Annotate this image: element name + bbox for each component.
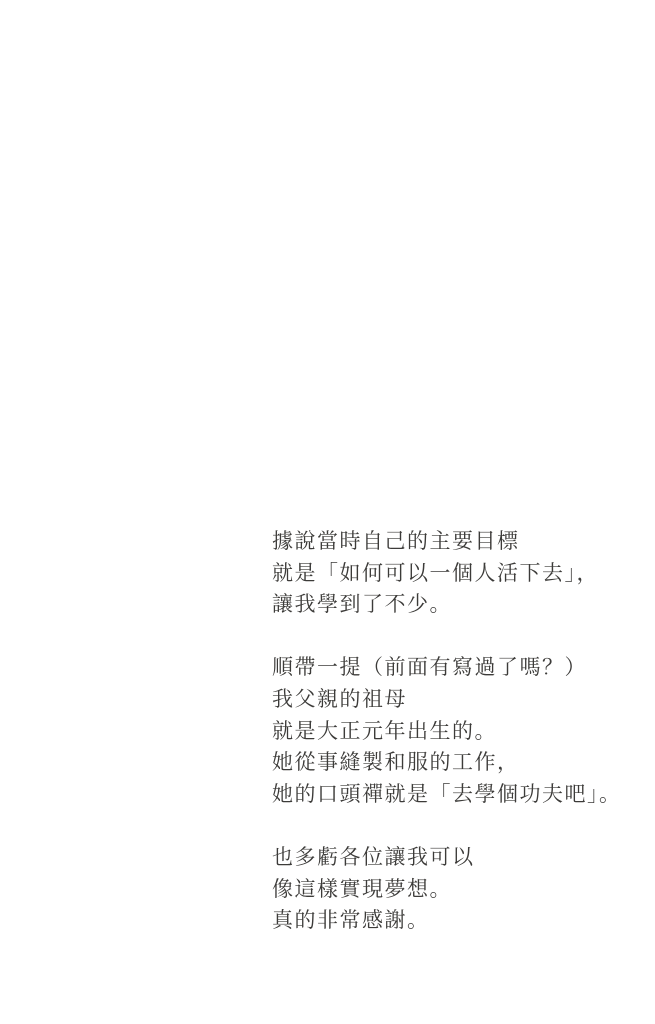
text-line: 順帶一提（前面有寫過了嗎？） (272, 652, 642, 684)
text-line: 我父親的祖母 (272, 684, 642, 716)
body-text: 據說當時自己的主要目標就是「如何可以一個人活下去」，讓我學到了不少。順帶一提（前… (272, 526, 642, 937)
text-line: 就是大正元年出生的。 (272, 716, 642, 748)
text-line: 據說當時自己的主要目標 (272, 526, 642, 558)
paragraph: 順帶一提（前面有寫過了嗎？）我父親的祖母就是大正元年出生的。她從事縫製和服的工作… (272, 652, 642, 810)
text-line: 像這樣實現夢想。 (272, 874, 642, 906)
paragraph: 據說當時自己的主要目標就是「如何可以一個人活下去」，讓我學到了不少。 (272, 526, 642, 621)
page: 據說當時自己的主要目標就是「如何可以一個人活下去」，讓我學到了不少。順帶一提（前… (0, 0, 655, 1024)
text-line: 她從事縫製和服的工作， (272, 747, 642, 779)
text-line: 真的非常感謝。 (272, 905, 642, 937)
text-line: 也多虧各位讓我可以 (272, 842, 642, 874)
text-line: 她的口頭禪就是「去學個功夫吧」。 (272, 779, 642, 811)
paragraph: 也多虧各位讓我可以像這樣實現夢想。真的非常感謝。 (272, 842, 642, 937)
text-line: 讓我學到了不少。 (272, 589, 642, 621)
text-line: 就是「如何可以一個人活下去」， (272, 558, 642, 590)
